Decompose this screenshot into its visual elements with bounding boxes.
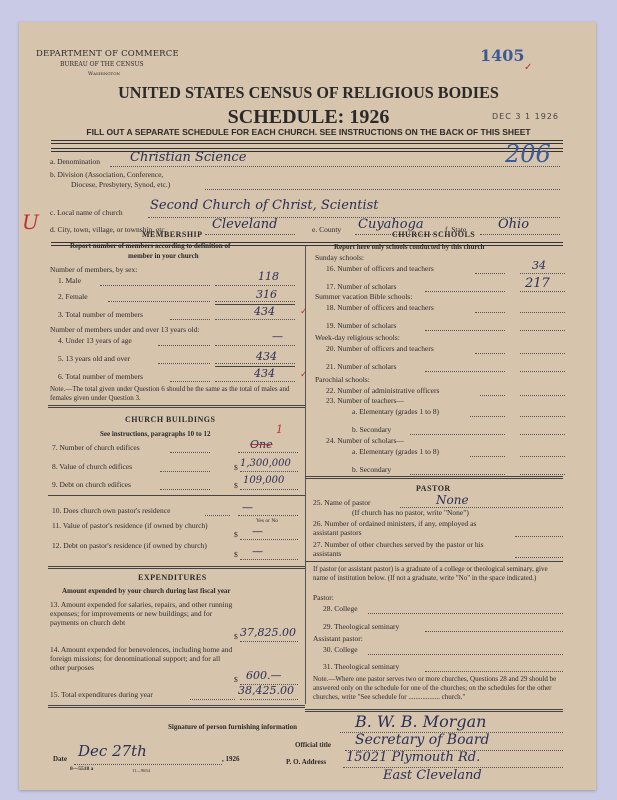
division-label: b. Division (Association, Conference, bbox=[50, 170, 163, 179]
total-members-count[interactable]: 434 bbox=[254, 305, 275, 318]
denomination-label: a. Denomination bbox=[50, 157, 100, 166]
assistant-college-label: 30. College bbox=[323, 645, 358, 654]
edifices-debt-label: 9. Debt on church edifices bbox=[52, 480, 131, 489]
bureau-city: Washington bbox=[88, 71, 120, 77]
local-name-label: c. Local name of church bbox=[50, 208, 123, 217]
expenditures-subtitle: Amount expended by your church during la… bbox=[62, 587, 231, 595]
total-members-line bbox=[215, 319, 295, 320]
education-instructions: If pastor (or assistant pastor) is a gra… bbox=[313, 565, 563, 583]
male-count[interactable]: 118 bbox=[258, 270, 279, 283]
date-field[interactable]: Dec 27th bbox=[78, 742, 147, 760]
buildings-subtitle: See instructions, paragraphs 10 to 12 bbox=[100, 430, 210, 438]
summer-officers-label: 18. Number of officers and teachers bbox=[326, 303, 434, 312]
under-13-line bbox=[215, 345, 295, 346]
scholars-secondary-field[interactable] bbox=[520, 474, 565, 475]
city-line bbox=[205, 234, 295, 235]
membership-subtitle: Report number of members according to de… bbox=[70, 242, 230, 250]
leader-dots bbox=[160, 471, 210, 472]
benevolences-amount[interactable]: 600.— bbox=[246, 669, 282, 682]
date-line bbox=[74, 764, 222, 765]
leader-dots bbox=[158, 345, 210, 346]
pastor-college-field[interactable] bbox=[368, 613, 563, 614]
under-13-count[interactable]: — bbox=[272, 330, 283, 343]
total-expenditures-label: 15. Total expenditures during year bbox=[50, 690, 153, 699]
schools-heading: CHURCH SCHOOLS bbox=[392, 230, 475, 239]
residence-value-line bbox=[240, 539, 298, 540]
edifices-count-line bbox=[238, 452, 298, 453]
leader-dots bbox=[475, 353, 505, 354]
running-expenses-label: 13. Amount expended for salaries, repair… bbox=[50, 600, 235, 627]
residence-value-field[interactable]: — bbox=[252, 525, 263, 538]
female-line bbox=[215, 301, 295, 302]
residence-debt-label: 12. Debt on pastor's residence (if owned… bbox=[52, 541, 232, 550]
official-title-label: Official title bbox=[295, 741, 331, 749]
leader-dots bbox=[410, 474, 505, 475]
edifices-value[interactable]: 1,300,000 bbox=[240, 458, 291, 469]
admin-officers-field[interactable] bbox=[520, 395, 565, 396]
over-13-count[interactable]: 434 bbox=[256, 350, 277, 363]
denomination-code: 206 bbox=[505, 140, 551, 168]
assistant-college-field[interactable] bbox=[368, 654, 563, 655]
weekday-officers-label: 20. Number of officers and teachers bbox=[326, 344, 434, 353]
weekday-schools-group: Week-day religious schools: bbox=[315, 333, 400, 342]
age-label: Number of members under and over 13 year… bbox=[50, 325, 200, 334]
over-13-label: 5. 13 years old and over bbox=[58, 354, 130, 363]
residence-value-label: 11. Value of pastor's residence (if owne… bbox=[52, 521, 232, 530]
leader-dots bbox=[475, 273, 505, 274]
male-label: 1. Male bbox=[58, 276, 81, 285]
address-field-line2[interactable]: East Cleveland bbox=[383, 768, 482, 783]
owns-residence-line bbox=[238, 515, 298, 516]
date-year: , 1926 bbox=[222, 755, 240, 763]
running-expenses-line bbox=[240, 641, 298, 642]
sunday-officers-label: 16. Number of officers and teachers bbox=[326, 264, 434, 273]
county-label: e. County bbox=[312, 225, 341, 234]
pastor-name-label: 25. Name of pastor bbox=[313, 498, 370, 507]
divider bbox=[51, 148, 563, 152]
summer-scholars-field[interactable] bbox=[520, 330, 565, 331]
teachers-label: 23. Number of teachers— bbox=[326, 396, 404, 405]
teachers-elementary-field[interactable] bbox=[520, 416, 565, 417]
form-number: 1405 bbox=[480, 46, 525, 65]
divider bbox=[48, 705, 305, 708]
leader-dots bbox=[170, 381, 210, 382]
residence-debt-field[interactable]: — bbox=[252, 545, 263, 558]
bureau-name: BUREAU OF THE CENSUS bbox=[60, 61, 144, 68]
leader-dots bbox=[160, 489, 210, 490]
pastor-seminary-field[interactable] bbox=[425, 631, 563, 632]
dollar-sign: $ bbox=[234, 632, 238, 641]
sunday-officers-count[interactable]: 34 bbox=[532, 259, 546, 272]
schools-subtitle: Report here only schools conducted by th… bbox=[334, 243, 484, 251]
check-mark-icon: ✓ bbox=[300, 307, 308, 317]
department-name: DEPARTMENT OF COMMERCE bbox=[36, 49, 179, 59]
division-field[interactable] bbox=[205, 189, 560, 190]
owns-residence-field[interactable]: — bbox=[242, 501, 253, 514]
signature-field[interactable]: B. W. B. Morgan bbox=[355, 712, 486, 731]
total-members-age-label: 6. Total number of members bbox=[58, 372, 143, 381]
other-churches-label: 27. Number of other churches served by t… bbox=[313, 540, 503, 558]
leader-dots bbox=[470, 416, 505, 417]
denomination-field[interactable]: Christian Science bbox=[130, 150, 246, 165]
form-title: UNITED STATES CENSUS OF RELIGIOUS BODIES bbox=[15, 83, 601, 103]
total-members-age-count[interactable]: 434 bbox=[254, 367, 275, 380]
assistant-pastor-subheading: Assistant pastor: bbox=[313, 634, 363, 643]
leader-dots bbox=[425, 291, 505, 292]
pastor-college-label: 28. College bbox=[323, 604, 358, 613]
sunday-scholars-count[interactable]: 217 bbox=[525, 276, 550, 291]
date-label: Date bbox=[53, 755, 67, 763]
leader-dots bbox=[190, 699, 235, 700]
divider bbox=[305, 561, 563, 562]
scholars-elementary-label: a. Elementary (grades 1 to 8) bbox=[352, 447, 439, 456]
pastor-heading: PASTOR bbox=[416, 484, 451, 493]
edifices-count[interactable]: One bbox=[250, 438, 273, 451]
received-date-stamp: DEC 3 1 1926 bbox=[492, 112, 559, 121]
form-code: 8—5518 a bbox=[70, 766, 93, 772]
leader-dots bbox=[475, 312, 505, 313]
weekday-officers-field[interactable] bbox=[520, 353, 565, 354]
check-mark-icon: ✓ bbox=[524, 62, 532, 73]
residence-debt-line bbox=[240, 559, 298, 560]
divider bbox=[48, 495, 305, 496]
leader-dots bbox=[425, 330, 505, 331]
divider bbox=[51, 140, 563, 144]
leader-dots bbox=[425, 371, 505, 372]
pastor-name-hint: (If church has no pastor, write "None") bbox=[352, 508, 469, 517]
print-code: 11—9654 bbox=[132, 768, 150, 773]
expenditures-heading: EXPENDITURES bbox=[138, 573, 207, 582]
assistant-seminary-field[interactable] bbox=[425, 671, 563, 672]
yes-no-hint: Yes or No bbox=[256, 518, 278, 524]
dollar-sign: $ bbox=[234, 481, 238, 490]
edifices-value-line bbox=[240, 471, 298, 472]
scholars-elementary-field[interactable] bbox=[520, 456, 565, 457]
by-sex-label: Number of members, by sex: bbox=[50, 265, 137, 274]
divider bbox=[48, 405, 305, 408]
benevolences-label: 14. Amount expended for benevolences, in… bbox=[50, 645, 235, 672]
total-members-label: 3. Total number of members bbox=[58, 310, 143, 319]
assistant-pastors-field[interactable] bbox=[515, 536, 563, 537]
summer-schools-group: Summer vacation Bible schools: bbox=[315, 292, 412, 301]
division-label-cont: Diocese, Presbytery, Synod, etc.) bbox=[71, 180, 170, 189]
edifices-value-label: 8. Value of church edifices bbox=[52, 462, 132, 471]
scholars-secondary-label: b. Secondary bbox=[352, 465, 391, 474]
pastor-seminary-label: 29. Theological seminary bbox=[323, 622, 399, 631]
city-field[interactable]: Cleveland bbox=[212, 217, 277, 232]
divider bbox=[48, 566, 305, 569]
dollar-sign: $ bbox=[234, 463, 238, 472]
state-field[interactable]: Ohio bbox=[498, 217, 529, 232]
membership-subtitle-2: member in your church bbox=[128, 252, 199, 260]
total-expenditures-line bbox=[240, 699, 298, 700]
official-title-field[interactable]: Secretary of Board bbox=[355, 732, 490, 748]
local-name-field[interactable]: Second Church of Christ, Scientist bbox=[150, 198, 379, 213]
assistant-seminary-label: 31. Theological seminary bbox=[323, 662, 399, 671]
address-field[interactable]: 15021 Plymouth Rd. bbox=[346, 750, 480, 765]
edifices-correction: 1 bbox=[276, 423, 283, 436]
pastor-note: Note.—Where one pastor serves two or mor… bbox=[313, 675, 563, 702]
under-13-label: 4. Under 13 years of age bbox=[58, 336, 132, 345]
teachers-elementary-label: a. Elementary (grades 1 to 8) bbox=[352, 407, 439, 416]
teachers-secondary-field[interactable] bbox=[520, 434, 565, 435]
leader-dots bbox=[470, 456, 505, 457]
owns-residence-label: 10. Does church own pastor's residence bbox=[52, 506, 170, 515]
male-line bbox=[215, 285, 295, 286]
dollar-sign: $ bbox=[234, 550, 238, 559]
assistant-pastors-label: 26. Number of ordained ministers, if any… bbox=[313, 519, 503, 537]
leader-dots bbox=[480, 395, 505, 396]
denomination-line bbox=[110, 166, 560, 167]
pastor-name-field[interactable]: None bbox=[436, 493, 469, 507]
admin-officers-label: 22. Number of administrative officers bbox=[326, 386, 439, 395]
leader-dots bbox=[100, 285, 210, 286]
margin-mark: U bbox=[22, 210, 39, 234]
edifices-count-label: 7. Number of church edifices bbox=[52, 443, 140, 452]
weekday-scholars-label: 21. Number of scholars bbox=[326, 362, 396, 371]
divider bbox=[305, 476, 563, 479]
scholars-label: 24. Number of scholars— bbox=[326, 436, 404, 445]
sunday-schools-group: Sunday schools: bbox=[315, 253, 364, 262]
state-line bbox=[480, 234, 560, 235]
sunday-scholars-label: 17. Number of scholars bbox=[326, 282, 396, 291]
teachers-secondary-label: b. Secondary bbox=[352, 425, 391, 434]
buildings-heading: CHURCH BUILDINGS bbox=[125, 415, 215, 424]
leader-dots bbox=[158, 363, 210, 364]
weekday-scholars-field[interactable] bbox=[520, 371, 565, 372]
summer-officers-field[interactable] bbox=[520, 312, 565, 313]
leader-dots bbox=[410, 434, 505, 435]
sunday-officers-line bbox=[520, 273, 565, 274]
other-churches-field[interactable] bbox=[515, 557, 563, 558]
summer-scholars-label: 19. Number of scholars bbox=[326, 321, 396, 330]
leader-dots bbox=[170, 452, 210, 453]
signature-label: Signature of person furnishing informati… bbox=[168, 723, 297, 731]
total-members-age-line bbox=[215, 381, 295, 382]
running-expenses-amount[interactable]: 37,825.00 bbox=[240, 626, 296, 639]
female-label: 2. Female bbox=[58, 292, 88, 301]
edifices-debt[interactable]: 109,000 bbox=[243, 475, 284, 486]
leader-dots bbox=[170, 319, 210, 320]
over-13-line bbox=[215, 363, 295, 364]
parochial-schools-group: Parochial schools: bbox=[315, 375, 370, 384]
female-count[interactable]: 316 bbox=[256, 288, 277, 301]
instruction-banner: FILL OUT A SEPARATE SCHEDULE FOR EACH CH… bbox=[0, 127, 617, 137]
total-expenditures-amount[interactable]: 38,425.00 bbox=[238, 684, 294, 697]
leader-dots bbox=[205, 515, 230, 516]
address-label: P. O. Address bbox=[286, 758, 326, 766]
membership-heading: MEMBERSHIP bbox=[142, 230, 203, 239]
edifices-debt-line bbox=[240, 489, 298, 490]
dollar-sign: $ bbox=[234, 530, 238, 539]
pastor-subheading: Pastor: bbox=[313, 593, 334, 602]
check-mark-icon: ✓ bbox=[300, 370, 308, 380]
dollar-sign: $ bbox=[234, 675, 238, 684]
leader-dots bbox=[108, 301, 210, 302]
membership-note: Note.—The total given under Question 6 s… bbox=[50, 385, 302, 403]
sunday-scholars-line bbox=[520, 291, 565, 292]
